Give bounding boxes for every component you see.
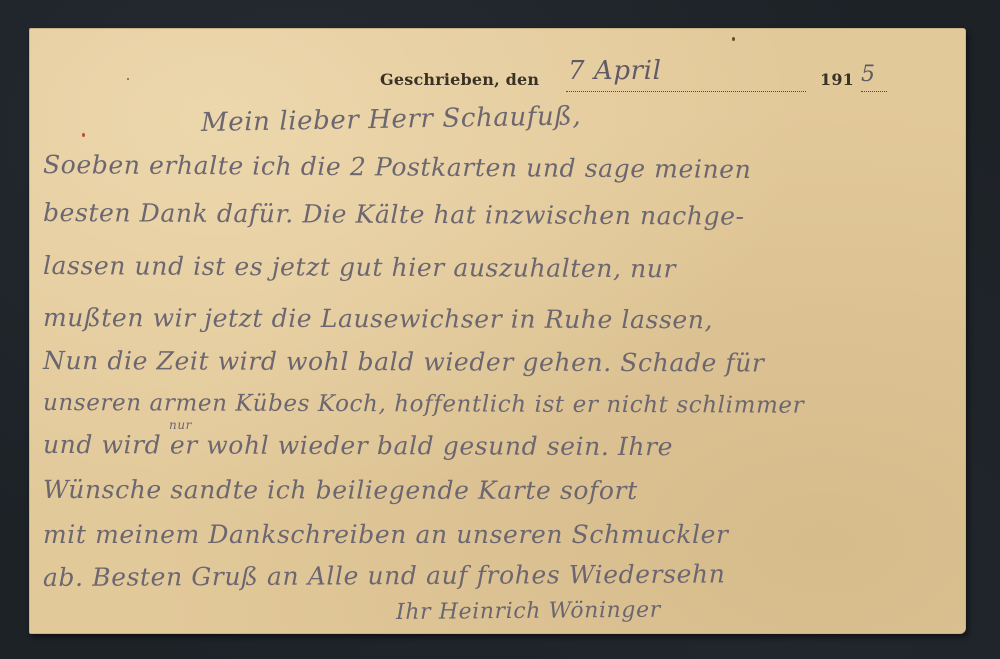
handwritten-date: 7 April — [568, 56, 662, 86]
printed-date-label: Geschrieben, den — [380, 70, 539, 89]
handwritten-year-digit: 5 — [861, 62, 876, 87]
printed-year-prefix: 191 — [820, 70, 854, 89]
body-line: mit meinem Dankschreiben an unseren Schm… — [43, 520, 729, 549]
body-line: Soeben erhalte ich die 2 Postkarten und … — [43, 150, 752, 184]
body-line: mußten wir jetzt die Lausewichser in Ruh… — [43, 303, 713, 334]
body-line: lassen und ist es jetzt gut hier auszuha… — [43, 251, 676, 283]
red-ink-speck — [82, 133, 85, 137]
body-line: Wünsche sandte ich beiliegende Karte sof… — [43, 475, 638, 505]
postcard: Geschrieben, den 7 April 191 5 Mein lieb… — [29, 28, 966, 634]
body-line: unseren armen Kübes Koch, hoffentlich is… — [43, 390, 804, 419]
body-line: Nun die Zeit wird wohl bald wieder gehen… — [43, 346, 765, 378]
signature: Ihr Heinrich Wöninger — [396, 598, 661, 625]
date-line: Geschrieben, den 7 April 191 5 — [380, 64, 920, 98]
paper-speck — [732, 37, 735, 41]
body-line: ab. Besten Gruß an Alle und auf frohes W… — [43, 559, 726, 592]
body-line: besten Dank dafür. Die Kälte hat inzwisc… — [43, 198, 745, 231]
salutation: Mein lieber Herr Schaufuß, — [201, 101, 582, 138]
date-dotted-line — [566, 91, 806, 92]
paper-speck — [127, 78, 129, 80]
year-dotted-line — [861, 91, 887, 92]
body-line: und wird er wohl wieder bald gesund sein… — [43, 430, 673, 461]
